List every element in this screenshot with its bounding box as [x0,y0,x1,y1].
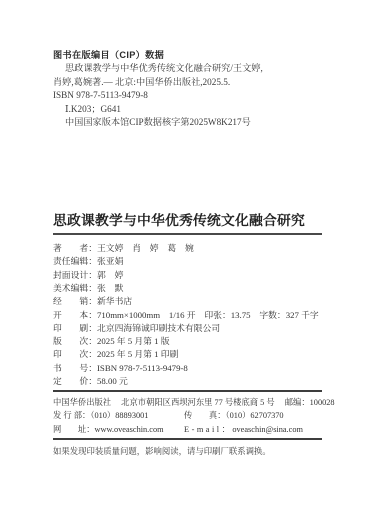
row-value: 2025 年 5 月第 1 印刷 [97,348,178,361]
row-value: 2025 年 5 月第 1 版 [97,335,170,348]
colophon-row: 经 销：新华书店 [53,295,322,308]
row-value: 张亚娟 [97,255,123,268]
row-value: 郭 婷 [97,269,123,282]
publisher-block: 中国华侨出版社 北京市朝阳区西坝河东里 77 号楼底商 5 号 邮编：10002… [53,396,322,436]
colophon-row: 版 次：2025 年 5 月第 1 版 [53,335,322,348]
row-label: 印 次： [53,348,97,361]
contact-label-right: E-mail： [184,425,232,434]
row-label: 经 销： [53,295,97,308]
row-value: 张 默 [97,282,123,295]
page-content: 图书在版编目（CIP）数据 思政课教学与中华优秀传统文化融合研究/王文婷, 肖婷… [53,0,322,458]
colophon-row: 定 价：58.00 元 [53,375,322,388]
book-title: 思政课教学与中华优秀传统文化融合研究 [53,213,322,229]
colophon-row: 封面设计：郭 婷 [53,269,322,282]
row-label: 著 者： [53,242,97,255]
colophon-rows: 著 者：王文婷 肖 婷 葛 婉 责任编辑：张亚娟 封面设计：郭 婷 美术编辑：张… [53,242,322,388]
cip-line: ISBN 978-7-5113-9479-8 [53,89,322,102]
publisher-address-line: 中国华侨出版社 北京市朝阳区西坝河东里 77 号楼底商 5 号 邮编：10002… [53,396,322,409]
divider-top [53,390,322,392]
row-label: 书 号： [53,362,97,375]
row-label: 版 次： [53,335,97,348]
contact-row: 发 行 部：（010）88893001 传 真：（010）62707370 [53,409,322,422]
book-copyright-page: 图书在版编目（CIP）数据 思政课教学与中华优秀传统文化融合研究/王文婷, 肖婷… [0,0,375,530]
cip-data-block: 图书在版编目（CIP）数据 思政课教学与中华优秀传统文化融合研究/王文婷, 肖婷… [53,49,322,129]
colophon-row: 印 次：2025 年 5 月第 1 印刷 [53,348,322,361]
cip-line: Ⅰ.K203；G641 [65,103,322,116]
row-label: 美术编辑： [53,282,97,295]
colophon-row: 责任编辑：张亚娟 [53,255,322,268]
divider-bottom [53,438,322,440]
row-value: 58.00 元 [97,375,128,388]
row-label: 定 价： [53,375,97,388]
contact-cell-right: 传 真：（010）62707370 [184,409,322,422]
contact-cell-left: 网 址：www.oveaschin.com [53,423,184,436]
colophon-row: 书 号：ISBN 978-7-5113-9479-8 [53,362,322,375]
contact-value-right: （010）62707370 [226,411,284,420]
contact-value-left: （010）88893001 [90,411,148,420]
contact-value-left: www.oveaschin.com [95,425,164,434]
row-label: 印 刷： [53,322,97,335]
publisher-address: 北京市朝阳区西坝河东里 77 号楼底商 5 号 [121,398,275,407]
contact-cell-left: 发 行 部：（010）88893001 [53,409,184,422]
row-value: 710mm×1000mm 1/16 开 印张：13.75 字数：327 千字 [97,309,319,322]
publisher-postcode: 邮编：100028 [285,398,335,407]
colophon-row: 开 本：710mm×1000mm 1/16 开 印张：13.75 字数：327 … [53,309,322,322]
colophon-row: 美术编辑：张 默 [53,282,322,295]
contact-label-left: 发 行 部： [53,411,90,420]
cip-line: 中国国家版本馆CIP数据核字第2025W8K217号 [65,116,322,129]
contact-label-right: 传 真： [184,411,226,420]
row-value: 新华书店 [97,295,132,308]
row-value: 王文婷 肖 婷 葛 婉 [97,242,194,255]
cip-line: 肖婷,葛婉著.— 北京:中国华侨出版社,2025.5. [53,76,322,89]
contact-label-left: 网 址： [53,425,95,434]
cip-line: 思政课教学与中华优秀传统文化融合研究/王文婷, [65,62,322,75]
row-label: 开 本： [53,309,97,322]
cip-heading: 图书在版编目（CIP）数据 [53,49,322,62]
contact-row: 网 址：www.oveaschin.com E-mail：oveaschin@s… [53,423,322,436]
title-underline [53,233,322,235]
publisher-name: 中国华侨出版社 [53,398,111,407]
cip-lines: 思政课教学与中华优秀传统文化融合研究/王文婷, 肖婷,葛婉著.— 北京:中国华侨… [53,62,322,129]
contact-cell-right: E-mail：oveaschin@sina.com [184,423,322,436]
colophon-row: 印 刷：北京四海锦诚印刷技术有限公司 [53,322,322,335]
row-label: 责任编辑： [53,255,97,268]
print-quality-note: 如果发现印装质量问题，影响阅读，请与印刷厂联系调换。 [53,445,322,458]
colophon-row: 著 者：王文婷 肖 婷 葛 婉 [53,242,322,255]
contact-value-right: oveaschin@sina.com [232,425,303,434]
publisher-contacts: 发 行 部：（010）88893001 传 真：（010）62707370 网 … [53,409,322,436]
row-value: ISBN 978-7-5113-9479-8 [97,362,188,375]
row-value: 北京四海锦诚印刷技术有限公司 [97,322,220,335]
row-label: 封面设计： [53,269,97,282]
